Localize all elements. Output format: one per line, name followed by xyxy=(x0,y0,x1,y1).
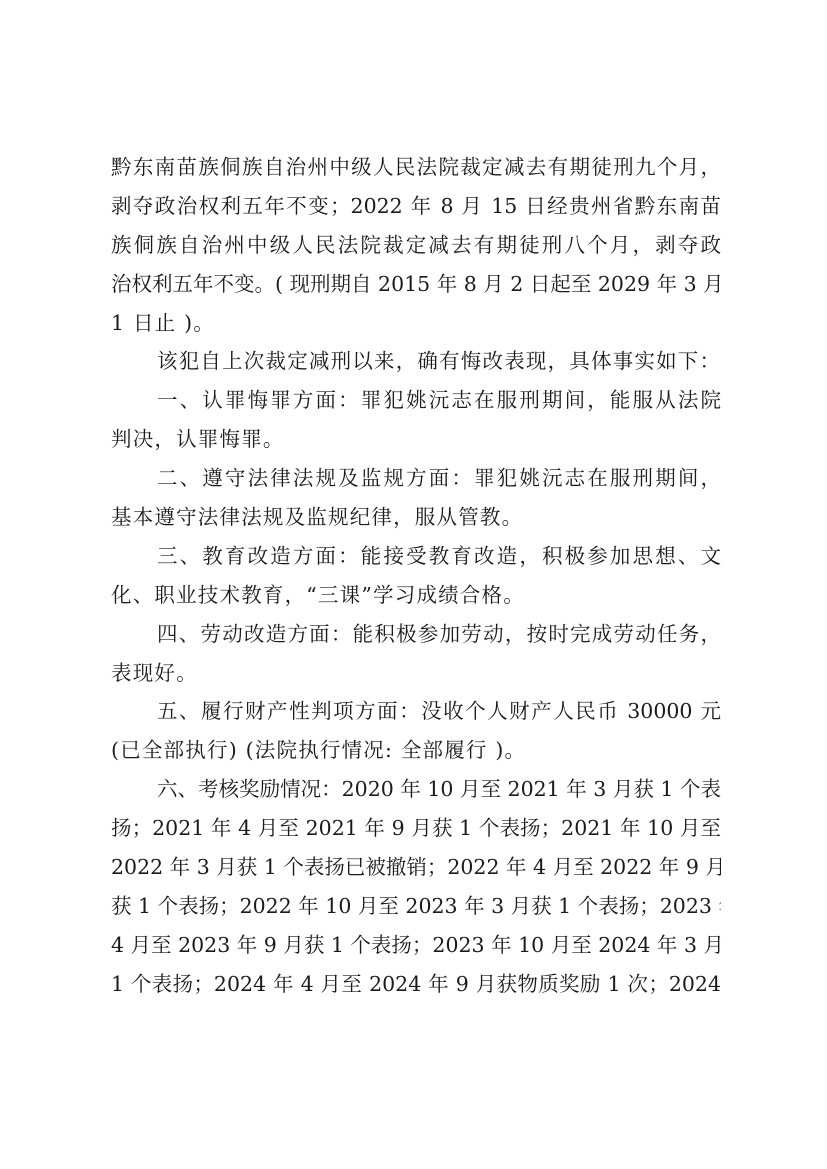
text-line: 族侗族自治州中级人民法院裁定减去有期徒刑八个月，剥夺政 xyxy=(111,226,721,265)
text-line: 表现好。 xyxy=(111,654,721,693)
text-line: 2022 年 3 月获 1 个表扬已被撤销；2022 年 4 月至 2022 年… xyxy=(111,848,721,887)
text-line: 六、考核奖励情况：2020 年 10 月至 2021 年 3 月获 1 个表 xyxy=(111,770,721,809)
text-line: 扬；2021 年 4 月至 2021 年 9 月获 1 个表扬；2021 年 1… xyxy=(111,809,721,848)
text-line: 治权利五年不变。( 现刑期自 2015 年 8 月 2 日起至 2029 年 3… xyxy=(111,265,721,304)
text-line: 获 1 个表扬；2022 年 10 月至 2023 年 3 月获 1 个表扬；2… xyxy=(111,887,721,926)
paragraph-item-confession: 一、认罪悔罪方面：罪犯姚沅志在服刑期间，能服从法院 判决，认罪悔罪。 xyxy=(111,381,721,459)
text-line: 化、职业技术教育，“三课”学习成绩合格。 xyxy=(111,576,721,615)
text-line: (已全部执行) (法院执行情况: 全部履行 )。 xyxy=(111,731,721,770)
paragraph-item-education: 三、教育改造方面：能接受教育改造，积极参加思想、文 化、职业技术教育，“三课”学… xyxy=(111,537,721,615)
paragraph-item-property: 五、履行财产性判项方面：没收个人财产人民币 30000 元 (已全部执行) (法… xyxy=(111,692,721,770)
text-line: 五、履行财产性判项方面：没收个人财产人民币 30000 元 xyxy=(111,692,721,731)
text-line: 判决，认罪悔罪。 xyxy=(111,420,721,459)
text-line: 1 日止 )。 xyxy=(111,304,721,343)
paragraph-item-labor: 四、劳动改造方面：能积极参加劳动，按时完成劳动任务， 表现好。 xyxy=(111,615,721,693)
text-line: 三、教育改造方面：能接受教育改造，积极参加思想、文 xyxy=(111,537,721,576)
text-line: 4 月至 2023 年 9 月获 1 个表扬；2023 年 10 月至 2024… xyxy=(111,926,721,965)
paragraph-item-law-compliance: 二、遵守法律法规及监规方面：罪犯姚沅志在服刑期间， 基本遵守法律法规及监规纪律，… xyxy=(111,459,721,537)
text-line: 剥夺政治权利五年不变；2022 年 8 月 15 日经贵州省黔东南苗 xyxy=(111,187,721,226)
paragraph-sentence-history: 黔东南苗族侗族自治州中级人民法院裁定减去有期徒刑九个月， 剥夺政治权利五年不变；… xyxy=(111,148,721,342)
text-line: 一、认罪悔罪方面：罪犯姚沅志在服刑期间，能服从法院 xyxy=(111,381,721,420)
text-line: 二、遵守法律法规及监规方面：罪犯姚沅志在服刑期间， xyxy=(111,459,721,498)
text-line: 1 个表扬；2024 年 4 月至 2024 年 9 月获物质奖励 1 次；20… xyxy=(111,965,721,1004)
text-line: 该犯自上次裁定减刑以来，确有悔改表现，具体事实如下： xyxy=(111,342,721,381)
text-line: 四、劳动改造方面：能积极参加劳动，按时完成劳动任务， xyxy=(111,615,721,654)
paragraph-intro: 该犯自上次裁定减刑以来，确有悔改表现，具体事实如下： xyxy=(111,342,721,381)
text-line: 黔东南苗族侗族自治州中级人民法院裁定减去有期徒刑九个月， xyxy=(111,148,721,187)
text-line: 基本遵守法律法规及监规纪律，服从管教。 xyxy=(111,498,721,537)
document-page: 黔东南苗族侗族自治州中级人民法院裁定减去有期徒刑九个月， 剥夺政治权利五年不变；… xyxy=(111,148,721,1004)
paragraph-item-rewards: 六、考核奖励情况：2020 年 10 月至 2021 年 3 月获 1 个表 扬… xyxy=(111,770,721,1003)
